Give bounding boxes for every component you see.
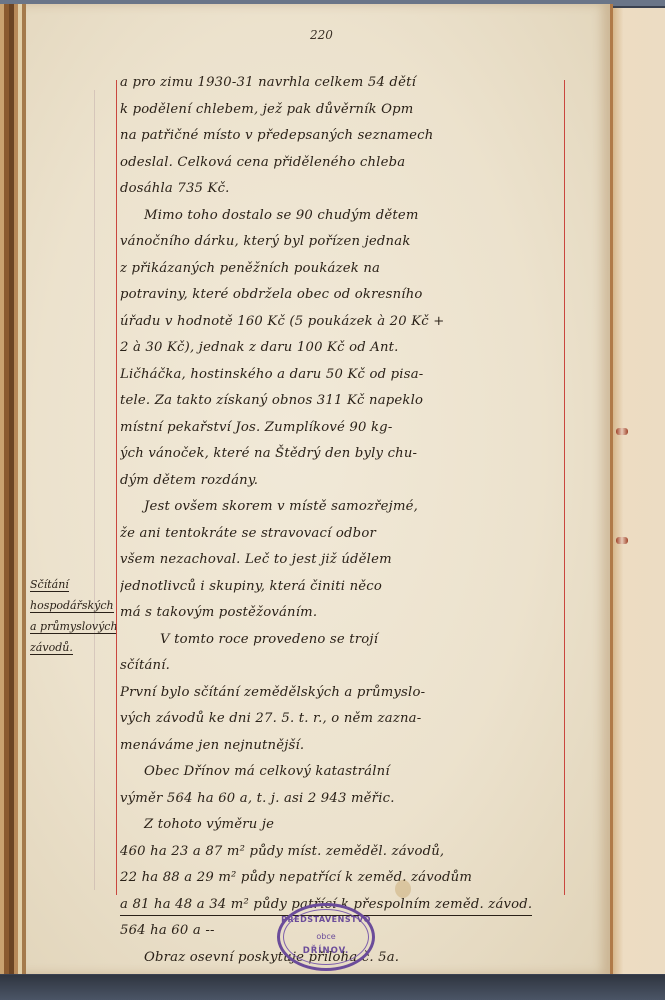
- binding-thread: [616, 537, 628, 544]
- text-line: k podělení chlebem, jež pak důvěrník Opm: [120, 97, 565, 124]
- margin-note: Sčítání hospodářských a průmyslových záv…: [30, 576, 116, 660]
- page-number: 220: [310, 28, 333, 42]
- text-line: z přikázaných peněžních poukázek na: [120, 256, 565, 283]
- text-line: jednotlivců i skupiny, která činiti něco: [120, 574, 565, 601]
- text-line-content: všem nezachoval. Leč to jest již údělem: [120, 552, 392, 567]
- text-line: V tomto roce provedeno se trojí: [120, 627, 565, 654]
- text-line-content: ých vánoček, které na Štědrý den byly ch…: [120, 446, 417, 461]
- handwritten-body: a pro zimu 1930-31 navrhla celkem 54 dět…: [120, 70, 565, 971]
- text-line: Ličháčka, hostinského a daru 50 Kč od pi…: [120, 362, 565, 389]
- background-bottom: [0, 975, 665, 1000]
- text-line-content: vánočního dárku, který byl pořízen jedna…: [120, 234, 411, 249]
- text-line: všem nezachoval. Leč to jest již údělem: [120, 547, 565, 574]
- text-line: 22 ha 88 a 29 m² půdy nepatřící k zeměd.…: [120, 865, 565, 892]
- text-line-content: 22 ha 88 a 29 m² půdy nepatřící k zeměd.…: [120, 870, 472, 885]
- text-line: na patřičné místo v předepsaných sezname…: [120, 123, 565, 150]
- stamp-top-text: PŘEDSTAVENSTVO: [280, 915, 372, 924]
- text-line-content: Obec Dřínov má celkový katastrální: [144, 764, 390, 779]
- text-line: má s takovým postěžováním.: [120, 600, 565, 627]
- text-line-content: že ani tentokráte se stravovací odbor: [120, 526, 376, 541]
- binding-thread: [616, 428, 628, 435]
- margin-note-line: Sčítání: [30, 578, 69, 592]
- text-line-content: sčítání.: [120, 658, 170, 673]
- faint-pencil-rule: [94, 90, 95, 890]
- book-page-edges: [0, 4, 26, 974]
- text-line-content: úřadu v hodnotě 160 Kč (5 poukázek à 20 …: [120, 314, 445, 329]
- text-line-content: menáváme jen nejnutnější.: [120, 738, 304, 753]
- text-line: menáváme jen nejnutnější.: [120, 733, 565, 760]
- text-line-content: dosáhla 735 Kč.: [120, 181, 230, 196]
- text-line-content: z přikázaných peněžních poukázek na: [120, 261, 380, 276]
- text-line: 2 à 30 Kč), jednak z daru 100 Kč od Ant.: [120, 335, 565, 362]
- text-line-content: Ličháčka, hostinského a daru 50 Kč od pi…: [120, 367, 423, 382]
- text-line-content: má s takovým postěžováním.: [120, 605, 317, 620]
- text-line-content: na patřičné místo v předepsaných sezname…: [120, 128, 433, 143]
- text-line: úřadu v hodnotě 160 Kč (5 poukázek à 20 …: [120, 309, 565, 336]
- text-line: Mimo toho dostalo se 90 chudým dětem: [120, 203, 565, 230]
- paper-stain: [395, 880, 411, 898]
- text-line-content: potraviny, které obdržela obec od okresn…: [120, 287, 423, 302]
- text-line: a pro zimu 1930-31 navrhla celkem 54 dět…: [120, 70, 565, 97]
- margin-note-line: a průmyslových: [30, 620, 116, 634]
- text-line: tele. Za takto získaný obnos 311 Kč nape…: [120, 388, 565, 415]
- stamp-bottom-text: DŘÍNOV.: [280, 946, 372, 956]
- text-line: odeslal. Celková cena přiděleného chleba: [120, 150, 565, 177]
- municipal-stamp: PŘEDSTAVENSTVO obce DŘÍNOV.: [277, 903, 375, 971]
- left-margin-rule: [116, 80, 117, 895]
- text-line-content: 564 ha 60 a --: [120, 923, 215, 938]
- text-line: sčítání.: [120, 653, 565, 680]
- text-line: dým dětem rozdány.: [120, 468, 565, 495]
- text-line-content: a pro zimu 1930-31 navrhla celkem 54 dět…: [120, 75, 416, 90]
- text-line: potraviny, které obdržela obec od okresn…: [120, 282, 565, 309]
- text-line-content: odeslal. Celková cena přiděleného chleba: [120, 155, 405, 170]
- text-line: Z tohoto výměru je: [120, 812, 565, 839]
- text-line-content: Z tohoto výměru je: [144, 817, 274, 832]
- text-line: místní pekařství Jos. Zumplíkové 90 kg-: [120, 415, 565, 442]
- text-line-content: k podělení chlebem, jež pak důvěrník Opm: [120, 102, 413, 117]
- text-line-content: jednotlivců i skupiny, která činiti něco: [120, 579, 382, 594]
- text-line: vánočního dárku, který byl pořízen jedna…: [120, 229, 565, 256]
- text-line-content: tele. Za takto získaný obnos 311 Kč nape…: [120, 393, 423, 408]
- text-line: Jest ovšem skorem v místě samozřejmé,: [120, 494, 565, 521]
- text-line: Obec Dřínov má celkový katastrální: [120, 759, 565, 786]
- text-line: dosáhla 735 Kč.: [120, 176, 565, 203]
- text-line: 460 ha 23 a 87 m² půdy míst. zeměděl. zá…: [120, 839, 565, 866]
- text-line-content: dým dětem rozdány.: [120, 473, 258, 488]
- text-line-content: 460 ha 23 a 87 m² půdy míst. zeměděl. zá…: [120, 844, 444, 859]
- text-line: výměr 564 ha 60 a, t. j. asi 2 943 měřic…: [120, 786, 565, 813]
- text-line: ých vánoček, které na Štědrý den byly ch…: [120, 441, 565, 468]
- margin-note-line: hospodářských: [30, 599, 114, 613]
- text-line: že ani tentokráte se stravovací odbor: [120, 521, 565, 548]
- stamp-middle-text: obce: [280, 932, 372, 941]
- text-line-content: První bylo sčítání zemědělských a průmys…: [120, 685, 425, 700]
- text-line-content: Mimo toho dostalo se 90 chudým dětem: [144, 208, 419, 223]
- text-line-content: vých závodů ke dni 27. 5. t. r., o něm z…: [120, 711, 421, 726]
- text-line-content: 2 à 30 Kč), jednak z daru 100 Kč od Ant.: [120, 340, 399, 355]
- text-line-content: V tomto roce provedeno se trojí: [160, 632, 378, 647]
- text-line-content: Jest ovšem skorem v místě samozřejmé,: [144, 499, 418, 514]
- margin-note-line: závodů.: [30, 641, 73, 655]
- text-line-content: výměr 564 ha 60 a, t. j. asi 2 943 měřic…: [120, 791, 395, 806]
- text-line: vých závodů ke dni 27. 5. t. r., o něm z…: [120, 706, 565, 733]
- facing-page-edge: [613, 8, 665, 974]
- text-line-content: místní pekařství Jos. Zumplíkové 90 kg-: [120, 420, 392, 435]
- text-line: První bylo sčítání zemědělských a průmys…: [120, 680, 565, 707]
